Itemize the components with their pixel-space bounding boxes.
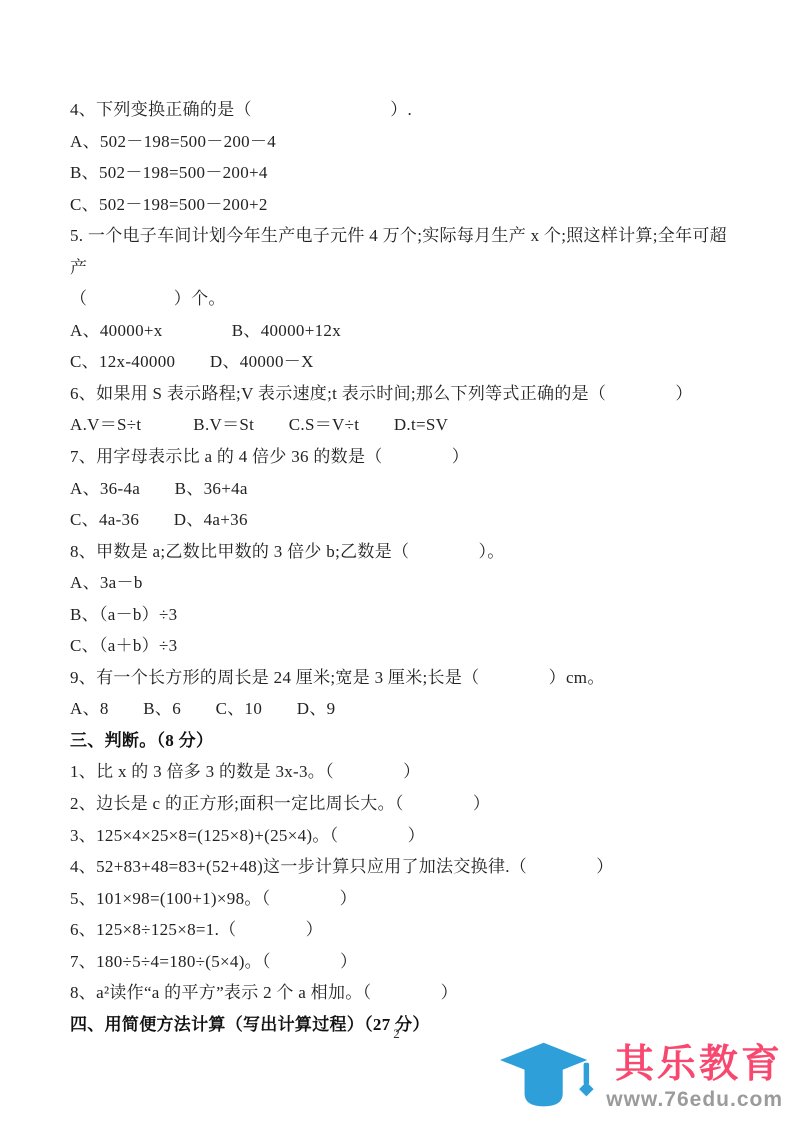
judge-item-1: 1、比 x 的 3 倍多 3 的数是 3x-3。（ ） [70, 756, 730, 788]
q7-options-ab: A、36-4a B、36+4a [70, 473, 730, 505]
judge-item-6: 6、125×8÷125×8=1.（ ） [70, 914, 730, 946]
judge-item-5: 5、101×98=(100+1)×98。（ ） [70, 883, 730, 915]
q4-option-c: C、502－198=500－200+2 [70, 189, 730, 221]
q8-option-c: C、（a＋b）÷3 [70, 630, 730, 662]
q8-stem: 8、甲数是 a;乙数比甲数的 3 倍少 b;乙数是（ ）。 [70, 536, 730, 568]
q6-stem: 6、如果用 S 表示路程;V 表示速度;t 表示时间;那么下列等式正确的是（ ） [70, 378, 730, 410]
q5-stem: 5. 一个电子车间计划今年生产电子元件 4 万个;实际每月生产 x 个;照这样计… [70, 220, 730, 283]
publisher-brand-name: 其乐教育 [615, 1045, 783, 1086]
publisher-website: www.76edu.com [606, 1088, 783, 1111]
q4-option-a: A、502－198=500－200－4 [70, 126, 730, 158]
q6-options: A.V＝S÷t B.V＝St C.S＝V÷t D.t=SV [70, 409, 730, 441]
q8-option-a: A、3a－b [70, 567, 730, 599]
judge-item-7: 7、180÷5÷4=180÷(5×4)。（ ） [70, 946, 730, 978]
q4-option-b: B、502－198=500－200+4 [70, 157, 730, 189]
graduation-cap-icon [500, 1040, 600, 1122]
q7-stem: 7、用字母表示比 a 的 4 倍少 36 的数是（ ） [70, 441, 730, 473]
q5-stem-cont: （ ）个。 [70, 283, 730, 315]
q4-stem: 4、下列变换正确的是（ ）. [70, 94, 730, 126]
judge-item-4: 4、52+83+48=83+(52+48)这一步计算只应用了加法交换律.（ ） [70, 851, 730, 883]
q5-options-ab: A、40000+x B、40000+12x [70, 315, 730, 347]
judge-item-8: 8、a²读作“a 的平方”表示 2 个 a 相加。（ ） [70, 977, 730, 1009]
section-heading-judge: 三、判断。（8 分） [70, 725, 730, 757]
q9-stem: 9、有一个长方形的周长是 24 厘米;宽是 3 厘米;长是（ ）cm。 [70, 662, 730, 694]
exam-page-body: 4、下列变换正确的是（ ）. A、502－198=500－200－4 B、502… [70, 94, 730, 1040]
publisher-logo-text: 其乐教育 www.76edu.com [606, 1045, 783, 1111]
q9-options: A、8 B、6 C、10 D、9 [70, 693, 730, 725]
judge-item-2: 2、边长是 c 的正方形;面积一定比周长大。（ ） [70, 788, 730, 820]
judge-item-3: 3、125×4×25×8=(125×8)+(25×4)。（ ） [70, 820, 730, 852]
q5-options-cd: C、12x-40000 D、40000－X [70, 346, 730, 378]
q7-options-cd: C、4a-36 D、4a+36 [70, 504, 730, 536]
q8-option-b: B、（a－b）÷3 [70, 599, 730, 631]
publisher-logo: 其乐教育 www.76edu.com [500, 1037, 783, 1122]
